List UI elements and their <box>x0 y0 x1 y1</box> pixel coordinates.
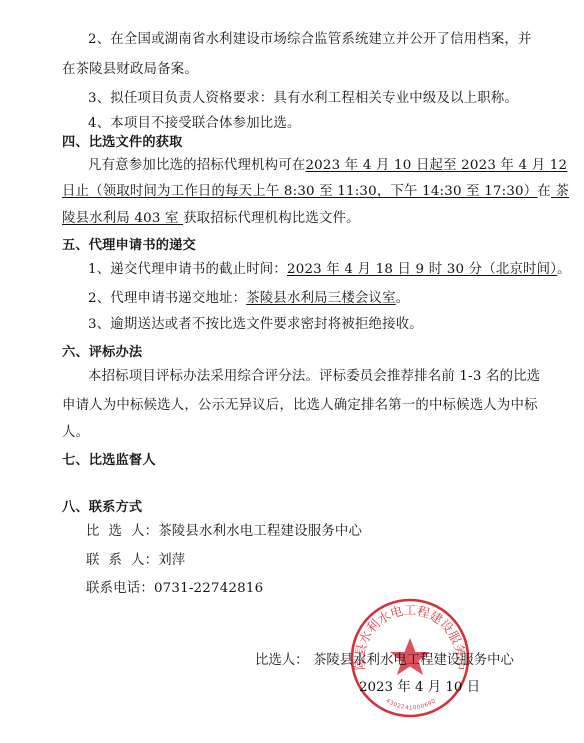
contact-phone: 联系电话：0731-22742816 <box>86 580 263 598</box>
deadline-label: 1、递交代理申请书的截止时间： <box>88 262 287 277</box>
phone-label: 联系电话： <box>86 581 154 596</box>
svg-text:4302241000690: 4302241000690 <box>385 698 438 711</box>
section-4-paragraph-line-1: 凡有意参加比选的招标代理机构可在2023 年 4 月 10 日起至 2023 年… <box>88 157 567 175</box>
signature-date: 2023 年 4 月 10 日 <box>359 679 480 697</box>
section-4-paragraph-line-2: 日止（领取时间为工作日的每天上午 8:30 至 11:30，下午 14:30 至… <box>62 183 569 201</box>
submission-rejection-note: 3、逾期送达或者不按比选文件要求密封将被拒绝接收。 <box>88 316 423 334</box>
qualification-item-3: 3、拟任项目负责人资格要求：具有水利工程相关专业中级及以上职称。 <box>88 90 518 108</box>
contact-label: 联 系 人： <box>86 553 158 568</box>
punctuation: 。 <box>557 262 571 277</box>
selector-value: 茶陵县水利水电工程建设服务中心 <box>158 524 362 539</box>
section-6-heading: 六、评标办法 <box>62 344 142 362</box>
signature-org: 茶陵县水利水电工程建设服务中心 <box>313 653 514 668</box>
acquisition-location: 陵县水利局 403 室 <box>62 211 183 226</box>
submission-deadline: 1、递交代理申请书的截止时间：2023 年 4 月 18 日 9 时 30 分（… <box>88 261 571 279</box>
section-4-text: 在 <box>537 184 551 199</box>
section-4-heading: 四、比选文件的获取 <box>62 134 183 152</box>
acquisition-date-range: 2023 年 4 月 10 日起至 2023 年 4 月 12 <box>305 158 567 173</box>
phone-value: 0731-22742816 <box>154 581 263 596</box>
evaluation-line-3: 人。 <box>62 424 89 442</box>
section-4-text: 获取招标代理机构比选文件。 <box>183 211 360 226</box>
contact-selector: 比 选 人：茶陵县水利水电工程建设服务中心 <box>86 523 362 541</box>
acquisition-hours: 日止（领取时间为工作日的每天上午 8:30 至 11:30，下午 14:30 至… <box>62 184 537 199</box>
qualification-item-2-line-2: 在茶陵县财政局备案。 <box>62 61 198 79</box>
section-4-text: 凡有意参加比选的招标代理机构可在 <box>88 158 305 173</box>
seal-code: 4302241000690 <box>385 698 438 711</box>
address-value: 茶陵县水利局三楼会议室 <box>246 291 396 306</box>
deadline-value: 2023 年 4 月 18 日 9 时 30 分（北京时间） <box>287 262 557 277</box>
section-7-heading: 七、比选监督人 <box>62 452 156 470</box>
evaluation-line-2: 申请人为中标候选人，公示无异议后，比选人确定排名第一的中标候选人为中标 <box>62 397 538 415</box>
punctuation: 。 <box>396 291 410 306</box>
qualification-item-4: 4、本项目不接受联合体参加比选。 <box>88 115 301 133</box>
evaluation-line-1: 本招标项目评标办法采用综合评分法。评标委员会推荐排名前 1-3 名的比选 <box>88 368 540 386</box>
section-8-heading: 八、联系方式 <box>62 499 142 517</box>
address-label: 2、代理申请书递交地址： <box>88 291 246 306</box>
contact-person: 联 系 人：刘萍 <box>86 552 185 570</box>
qualification-item-2-line-1: 2、在全国或湖南省水利建设市场综合监管系统建立并公开了信用档案，并 <box>88 31 532 49</box>
acquisition-location-start: 茶 <box>551 184 569 199</box>
section-5-heading: 五、代理申请书的递交 <box>62 237 196 255</box>
signature-selector: 比选人：茶陵县水利水电工程建设服务中心 <box>255 652 514 670</box>
submission-address: 2、代理申请书递交地址：茶陵县水利局三楼会议室。 <box>88 290 409 308</box>
section-4-paragraph-line-3: 陵县水利局 403 室 获取招标代理机构比选文件。 <box>62 210 360 228</box>
contact-value: 刘萍 <box>158 553 185 568</box>
document-page: 2、在全国或湖南省水利建设市场综合监管系统建立并公开了信用档案，并 在茶陵县财政… <box>0 0 584 743</box>
signature-label: 比选人： <box>255 652 313 670</box>
selector-label: 比 选 人： <box>86 524 158 539</box>
